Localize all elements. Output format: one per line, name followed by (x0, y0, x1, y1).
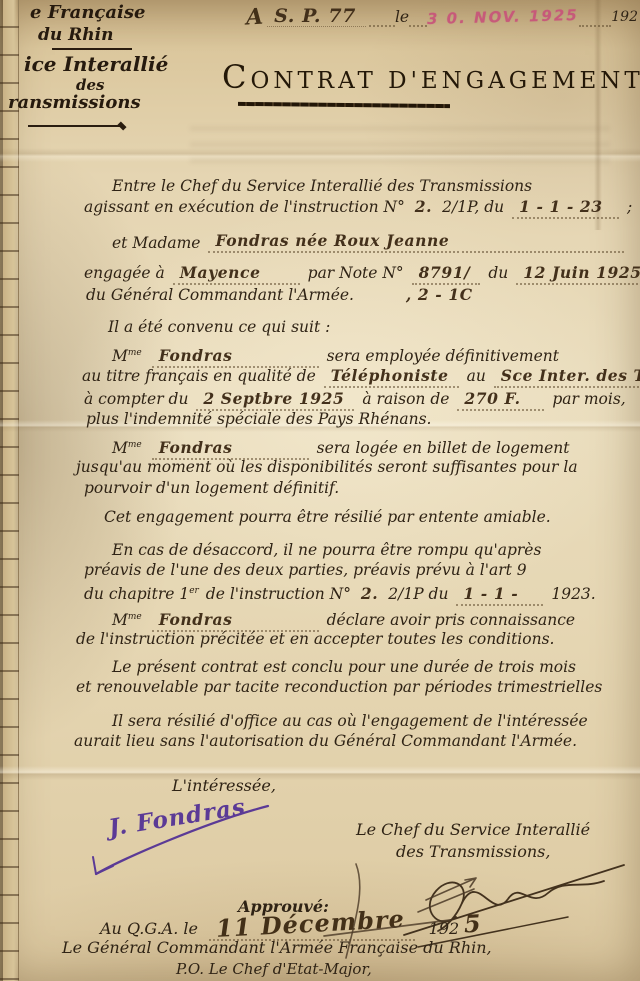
binding-edge (0, 0, 19, 981)
dotted-leader (409, 12, 427, 27)
handwritten-start-date: 2 Septbre 1925 (196, 389, 354, 411)
handwritten-salary: 270 F. (457, 389, 544, 411)
paragraph-2: et Madame Fondras née Roux Jeanne (112, 231, 624, 253)
typed-text: au (467, 367, 486, 385)
typed-text: du (488, 264, 508, 282)
paragraph-3-line-2: du Général Commandant l'Armée. , 2 - 1C (86, 285, 486, 305)
crease (594, 0, 602, 230)
typed-text: Au Q.G.A. le (100, 919, 198, 938)
typed-text: du Général Commandant l'Armée. (86, 286, 354, 304)
typed-text: sera logée en billet de logement (317, 439, 570, 457)
chef-label-line-1: Le Chef du Service Interallié (356, 820, 590, 840)
handwritten-job-title: Téléphoniste (324, 366, 459, 388)
typed-text: du chapitre 1 (84, 585, 189, 603)
bleed-through-text (190, 126, 610, 168)
typed-text: ; (627, 198, 632, 216)
typed-text: engagée à (84, 264, 165, 282)
letterhead-line: du Rhin (38, 25, 113, 45)
superscript: me (128, 612, 142, 622)
header-year-printed: 192 (611, 7, 638, 27)
paragraph-3-line-1: engagée à Mayence par Note N° 8791/ du 1… (84, 263, 640, 285)
superscript: me (128, 440, 142, 450)
dotted-leader (579, 12, 611, 27)
handwritten-instruction-number: 2. (359, 584, 380, 604)
handwritten-name: Fondras née Roux Jeanne (208, 231, 459, 253)
letterhead-rule (52, 48, 132, 50)
handwritten-city: Mayence (173, 263, 300, 285)
typed-text: déclare avoir pris connaissance (327, 611, 575, 629)
paragraph-8-line-3: du chapitre 1er de l'instruction N° 2. 2… (84, 581, 596, 606)
typed-text: 2/1P, du (442, 198, 504, 216)
typed-text: par Note N° (308, 264, 404, 282)
dotted-leader (369, 12, 395, 27)
paragraph-5-line-2: au titre français en qualité de Téléphon… (82, 366, 640, 388)
paragraph-7: Cet engagement pourra être résilié par e… (104, 507, 551, 527)
handwritten-date: 1 - 1 - (456, 584, 543, 606)
approval-pen-strokes (300, 858, 640, 963)
typed-text: sera employée définitivement (327, 347, 559, 365)
paragraph-6-line-3: pourvoir d'un logement définitif. (84, 478, 339, 498)
typed-text: et Madame (112, 233, 200, 253)
paragraph-5-line-1: Mme Fondras sera employée définitivement (112, 343, 559, 368)
letterhead-line: e Française (30, 2, 145, 23)
handwritten-service: Sce Inter. des Trans (494, 366, 640, 388)
paragraph-8-line-1: En cas de désaccord, il ne pourra être r… (112, 540, 541, 560)
handwritten-reference: , 2 - 1C (399, 285, 483, 305)
paragraph-4: Il a été convenu ce qui suit : (108, 317, 330, 337)
typed-text: M (112, 439, 128, 457)
typed-text: agissant en exécution de l'instruction N… (84, 198, 405, 216)
contract-document-page: e Française du Rhin ice Interallié des r… (0, 0, 640, 981)
header-destination: A (245, 7, 264, 28)
header-line: A S. P. 77 le 3 0. NOV. 1925 192 (246, 6, 638, 27)
letterhead-line: ransmissions (8, 92, 141, 113)
document-title: CONTRAT D'ENGAGEMENT (222, 58, 640, 96)
paragraph-8-line-2: préavis de l'une des deux parties, préav… (84, 560, 527, 580)
paragraph-11-line-2: aurait lieu sans l'autorisation du Génér… (74, 731, 577, 751)
interessee-signature-flourish (86, 794, 276, 884)
date-stamp: 3 0. NOV. 1925 (427, 5, 579, 29)
interessee-signature: J. Fondras (86, 794, 276, 884)
typed-text: M (112, 347, 128, 365)
typed-text: 2/1P du (388, 585, 448, 603)
title-underline (238, 102, 450, 108)
paragraph-6-line-2: jusqu'au moment où les disponibilités se… (76, 457, 578, 477)
superscript: er (189, 586, 199, 596)
handwritten-note-date: 12 Juin 1925. (516, 263, 640, 285)
typed-text: par mois, (552, 390, 625, 408)
typed-text: au titre français en qualité de (82, 367, 316, 385)
letterhead-rule (28, 125, 120, 127)
header-le-label: le (395, 7, 409, 27)
typed-text: M (112, 611, 128, 629)
interessee-label: L'intéressée, (172, 776, 276, 796)
paragraph-5-line-3: à compter du 2 Septbre 1925 à raison de … (84, 389, 626, 411)
typed-text: à raison de (362, 390, 449, 408)
paragraph-11-line-1: Il sera résilié d'office au cas où l'eng… (112, 711, 588, 731)
paragraph-9-line-2: de l'instruction précitée et en accepter… (76, 629, 554, 649)
handwritten-date: 1 - 1 - 23 (512, 197, 619, 219)
paragraph-1-line-2: agissant en exécution de l'instruction N… (84, 197, 632, 219)
rule-diamond-ornament (117, 121, 126, 130)
paragraph-1-line-1: Entre le Chef du Service Interallié des … (112, 176, 532, 196)
dotted-leader (462, 238, 624, 253)
field-sector-postal: S. P. 77 (267, 6, 366, 27)
handwritten-instruction-number: 2. (413, 197, 434, 217)
superscript: me (128, 348, 142, 358)
typed-text: 1923. (551, 585, 595, 603)
paragraph-10-line-2: et renouvelable par tacite reconduction … (76, 677, 602, 697)
handwritten-name: Fondras (152, 346, 319, 368)
handwritten-note-number: 8791/ (412, 263, 481, 285)
paragraph-10-line-1: Le présent contrat est conclu pour une d… (112, 657, 576, 677)
crease (0, 766, 640, 780)
typed-text: à compter du (84, 390, 188, 408)
letterhead-line: ice Interallié (24, 52, 168, 76)
typed-text: de l'instruction N° (206, 585, 351, 603)
paragraph-5-line-4: plus l'indemnité spéciale des Pays Rhéna… (86, 409, 431, 429)
